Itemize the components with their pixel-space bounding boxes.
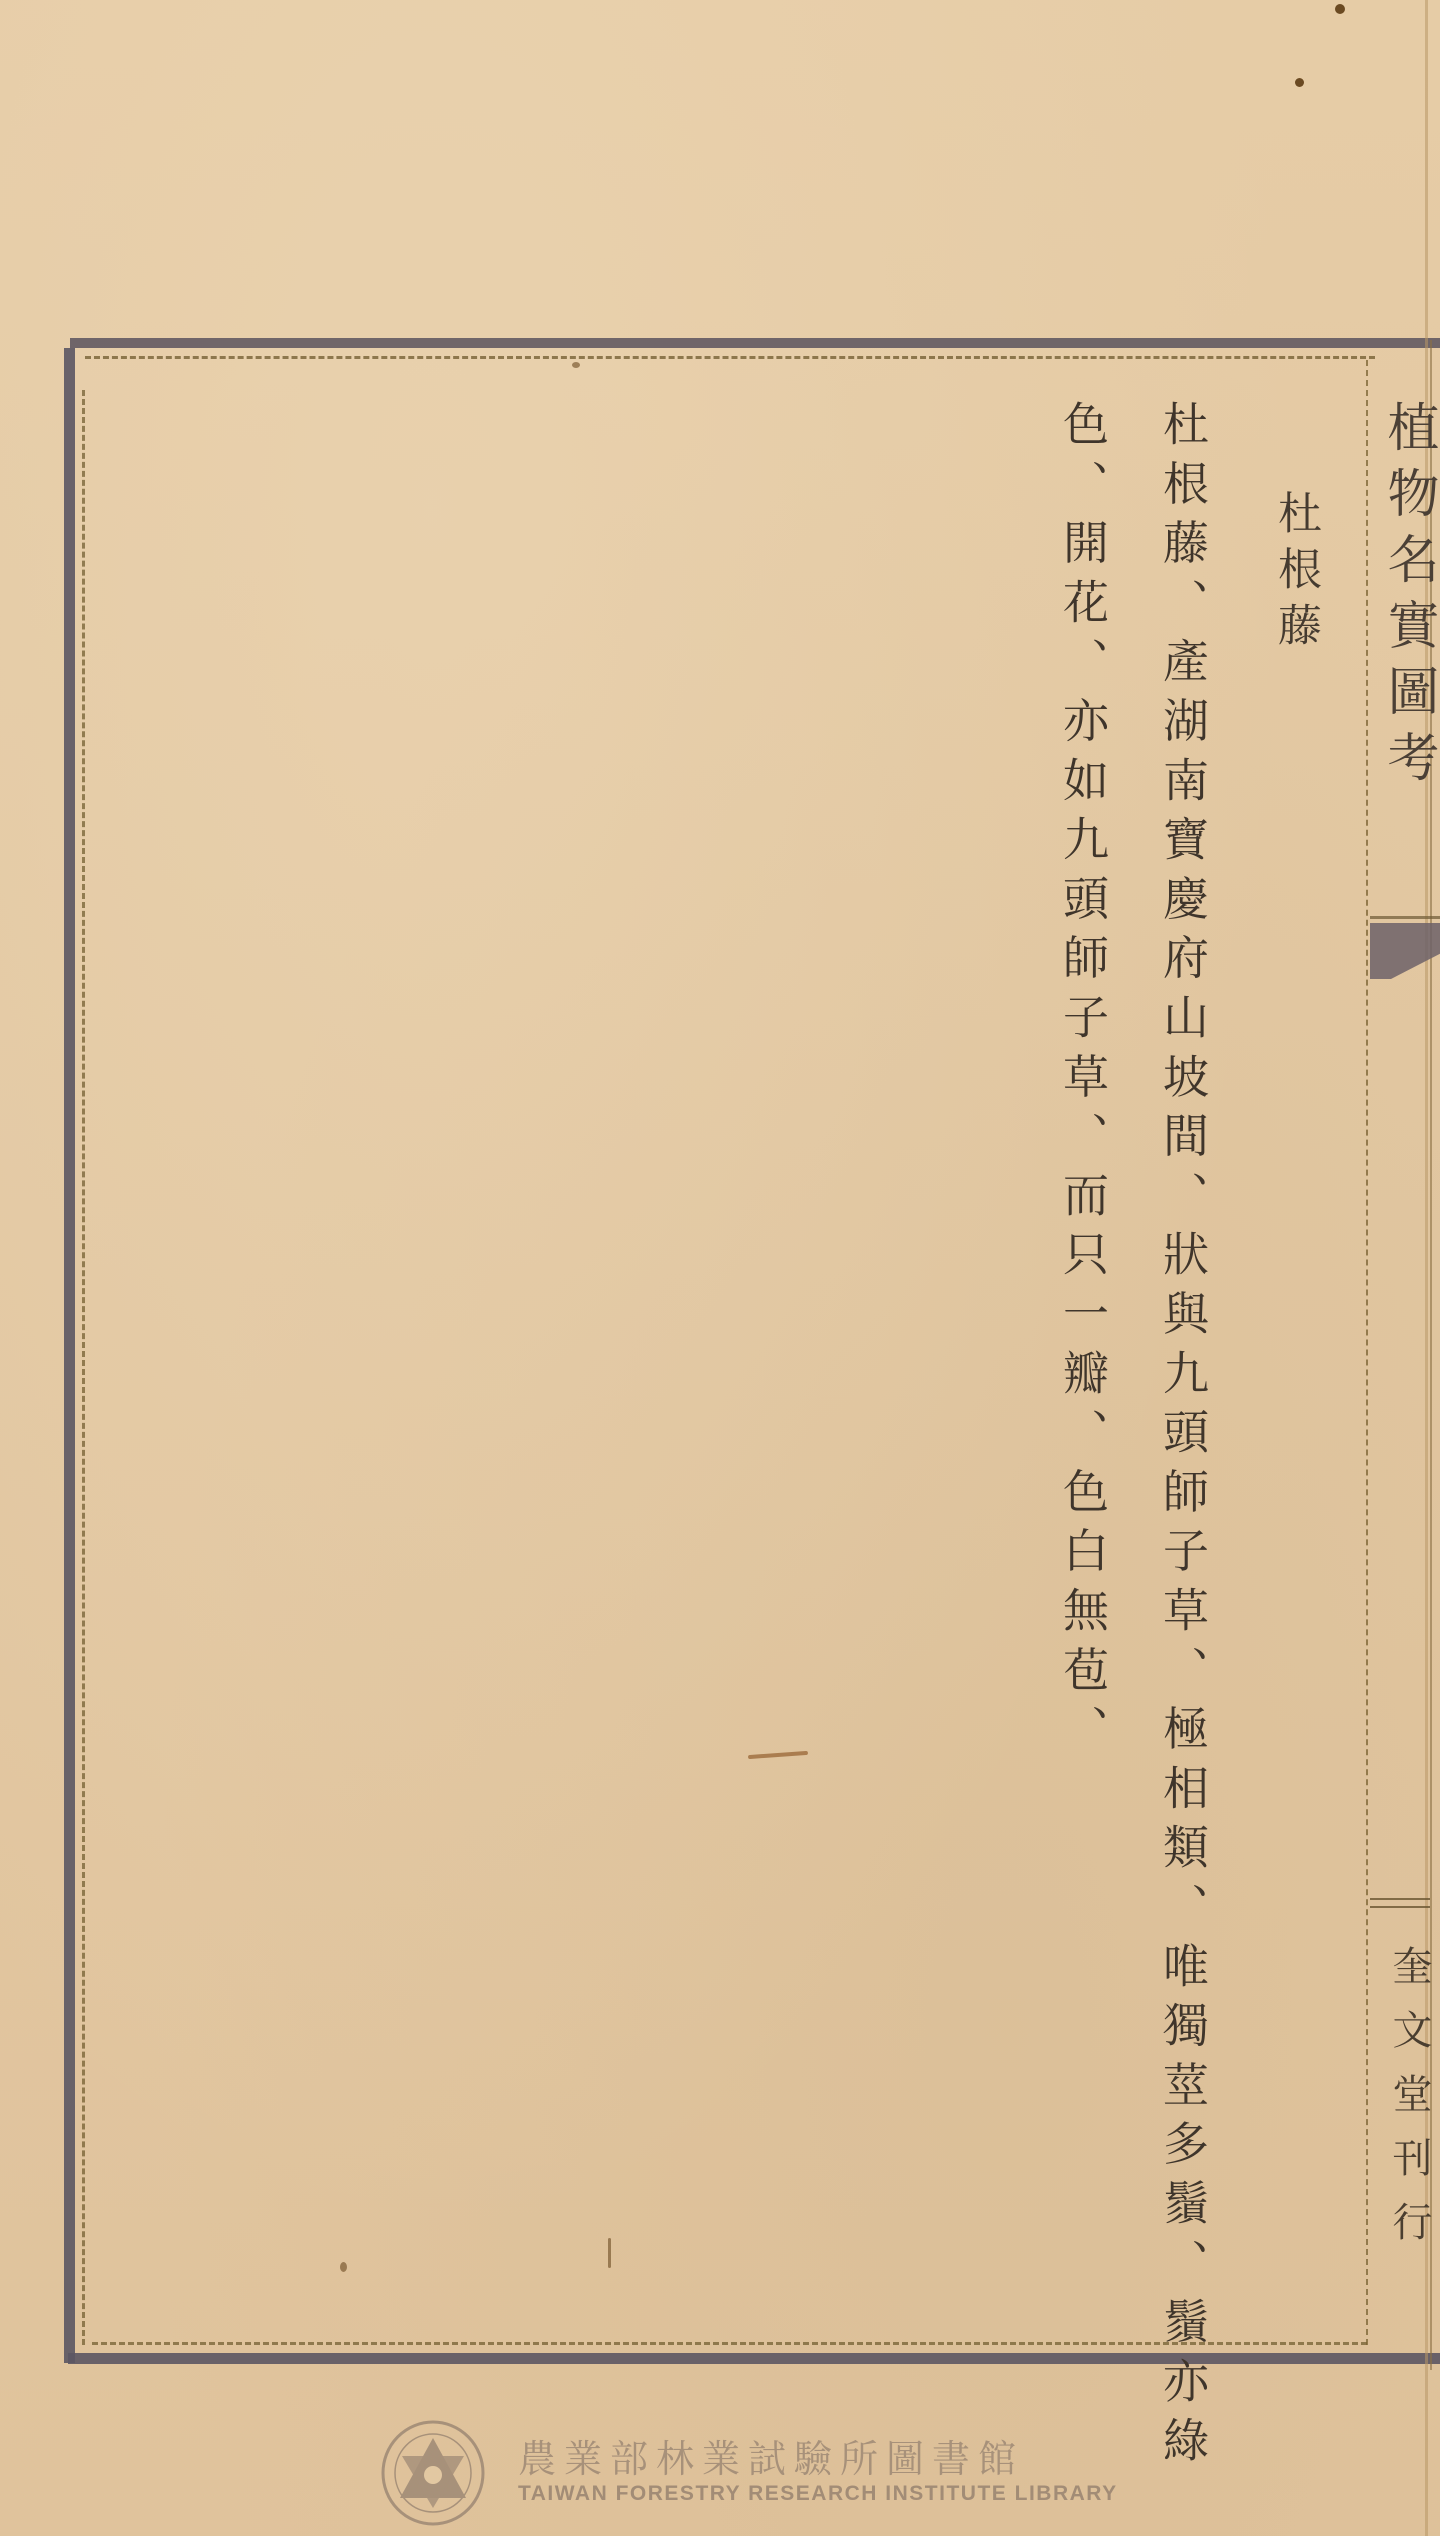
publisher-rule	[1370, 1898, 1430, 1908]
body-text-column: 色、開花、亦如九頭師子草、而只一瓣、色白無苞、	[1055, 400, 1111, 1764]
library-name-chinese: 農業部林業試驗所圖書館	[518, 2428, 1024, 2483]
fishtail-rule	[1370, 916, 1440, 919]
paper-speck	[572, 362, 580, 368]
paper-speck	[340, 2262, 347, 2272]
body-text-column: 杜根藤、產湖南寶慶府山坡間、狀與九頭師子草、極相類、唯獨莖多鬚、鬚亦綠	[1155, 400, 1211, 2476]
library-name-english: TAIWAN FORESTRY RESEARCH INSTITUTE LIBRA…	[518, 2482, 1118, 2506]
margin-column-divider	[1366, 360, 1368, 2345]
frame-left-border	[64, 348, 75, 2363]
frame-bottom-border	[68, 2353, 1440, 2364]
frame-left-inner-rule	[82, 390, 85, 2345]
paper-speck	[608, 2238, 611, 2268]
paper-speck	[1335, 4, 1345, 14]
book-title: 植物名實圖考	[1378, 400, 1438, 796]
publisher-imprint: 奎文堂刊行	[1385, 1945, 1433, 2265]
paper-speck	[1295, 78, 1304, 87]
library-logo-icon	[380, 2420, 486, 2526]
frame-top-inner-rule	[85, 356, 1375, 361]
frame-top-border	[70, 338, 1440, 348]
entry-title: 杜根藤	[1270, 490, 1320, 658]
paper-background	[0, 0, 1440, 2536]
